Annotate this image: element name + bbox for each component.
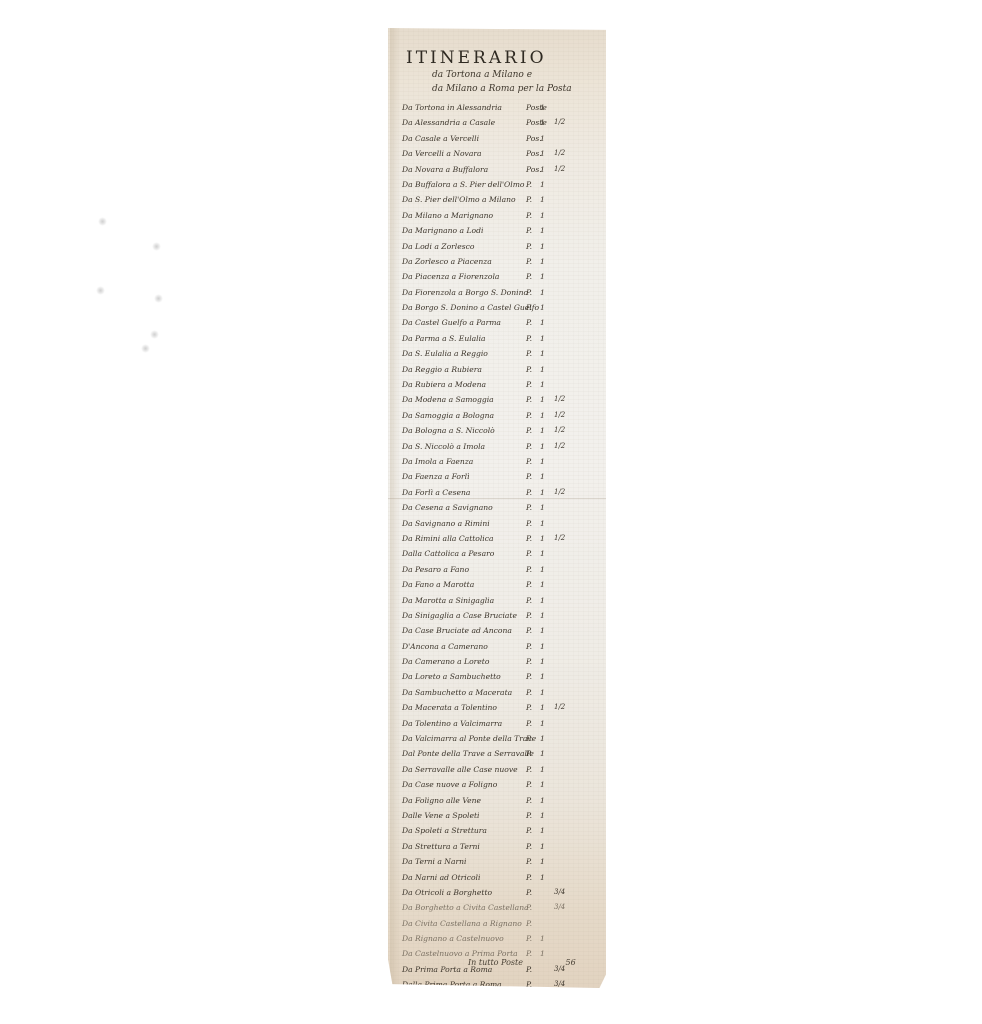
route-label: Da Terni a Narni [402, 854, 466, 869]
route-label: Da Cesena a Savignano [402, 500, 493, 515]
itinerary-row: Da Narni ad OtricoliP.1 [402, 870, 600, 885]
post-count: 1 [540, 577, 545, 592]
post-count: 1 [540, 777, 545, 792]
route-label: Dalle Vene a Spoleti [402, 808, 479, 823]
post-unit: P. [526, 269, 532, 284]
manuscript-sheet: ITINERARIO da Tortona a Milano e da Mila… [388, 28, 606, 988]
itinerary-row: Dalla Prima Porta a RomaP.3/4 [402, 977, 600, 992]
route-label: Da Alessandria a Casale [402, 115, 495, 130]
itinerary-row: Da Otricoli a BorghettoP.3/4 [402, 885, 600, 900]
post-count: 1 [540, 423, 545, 438]
post-unit: P. [526, 639, 532, 654]
itinerary-row: Da Tolentino a ValcimarraP.1 [402, 716, 600, 731]
route-label: Da Civita Castellana a Rignano [402, 916, 522, 931]
route-label: Da S. Pier dell'Olmo a Milano [402, 192, 516, 207]
route-label: Da Novara a Buffalora [402, 162, 488, 177]
post-unit: P. [526, 870, 532, 885]
itinerary-row: Da S. Niccolò a ImolaP.11/2 [402, 439, 600, 454]
post-unit: P. [526, 500, 532, 515]
route-label: Da Sambuchetto a Macerata [402, 685, 512, 700]
route-label: Da Lodi a Zorlesco [402, 239, 474, 254]
route-label: Da Fiorenzola a Borgo S. Donino [402, 285, 528, 300]
post-unit: P. [526, 285, 532, 300]
route-label: Da Camerano a Loreto [402, 654, 489, 669]
post-count: 1 [540, 392, 545, 407]
route-label: Da Serravalle alle Case nuove [402, 762, 518, 777]
post-count: 1 [540, 469, 545, 484]
route-label: Da Milano a Marignano [402, 208, 493, 223]
itinerary-row: Da Marignano a LodiP.1 [402, 223, 600, 238]
itinerary-row: Da Civita Castellana a RignanoP. [402, 916, 600, 931]
itinerary-row: Da Castel Guelfo a ParmaP.1 [402, 315, 600, 330]
itinerary-row: Da Savignano a RiminiP.1 [402, 516, 600, 531]
itinerary-row: Da Loreto a SambuchettoP.1 [402, 669, 600, 684]
post-count: 1 [540, 162, 545, 177]
post-count: 1 [540, 608, 545, 623]
post-unit: P. [526, 346, 532, 361]
post-count: 1 [540, 870, 545, 885]
route-label: Dalla Cattolica a Pesaro [402, 546, 494, 561]
route-label: Da Parma a S. Eulalia [402, 331, 486, 346]
post-count: 1 [540, 346, 545, 361]
post-count: 1 [540, 685, 545, 700]
itinerary-row: Da Forlì a CesenaP.11/2 [402, 485, 600, 500]
itinerary-row: Da Case Bruciate ad AnconaP.1 [402, 623, 600, 638]
post-fraction: 1/2 [554, 439, 565, 454]
itinerary-row: Da Samoggia a BolognaP.11/2 [402, 408, 600, 423]
background-speck [152, 242, 161, 251]
post-unit: P. [526, 423, 532, 438]
background-speck [98, 217, 107, 226]
post-unit: P. [526, 593, 532, 608]
itinerary-row: Dalle Vene a SpoletiP.1 [402, 808, 600, 823]
post-count: 1 [540, 131, 545, 146]
post-unit: P. [526, 823, 532, 838]
post-count: 1 [540, 300, 545, 315]
post-fraction: 1/2 [554, 162, 565, 177]
post-count: 1 [540, 100, 545, 115]
post-unit: P. [526, 223, 532, 238]
route-label: Da Forlì a Cesena [402, 485, 470, 500]
post-unit: P. [526, 977, 532, 992]
post-count: 1 [540, 500, 545, 515]
route-label: Da Modena a Samoggia [402, 392, 494, 407]
background-speck [150, 330, 159, 339]
post-fraction: 1/2 [554, 115, 565, 130]
route-label: Da Tolentino a Valcimarra [402, 716, 502, 731]
post-unit: P. [526, 362, 532, 377]
post-count: 1 [540, 208, 545, 223]
post-count: 1 [540, 839, 545, 854]
route-label: Da Marotta a Sinigaglia [402, 593, 494, 608]
post-unit: P. [526, 654, 532, 669]
route-label: Da Vercelli a Novara [402, 146, 482, 161]
route-label: Da Borghetto a Civita Castellana [402, 900, 529, 915]
itinerary-row: Da Novara a BuffaloraPos.11/2 [402, 162, 600, 177]
post-count: 1 [540, 639, 545, 654]
itinerary-row: Da Borgo S. Donino a Castel GuelfoP.1 [402, 300, 600, 315]
post-count: 1 [540, 331, 545, 346]
post-count: 1 [540, 516, 545, 531]
post-count: 1 [540, 716, 545, 731]
itinerary-row: Da Casale a VercelliPos.1 [402, 131, 600, 146]
post-count: 1 [540, 439, 545, 454]
route-label: Da Rignano a Castelnuovo [402, 931, 504, 946]
itinerary-row: Dal Ponte della Trave a SerravalleP.1 [402, 746, 600, 761]
route-label: Da Castel Guelfo a Parma [402, 315, 501, 330]
post-unit: P. [526, 839, 532, 854]
post-unit: P. [526, 239, 532, 254]
post-count: 1 [540, 746, 545, 761]
itinerary-row: Da Rubiera a ModenaP.1 [402, 377, 600, 392]
document-title: ITINERARIO [406, 48, 547, 68]
post-count: 1 [540, 593, 545, 608]
background-speck [141, 344, 150, 353]
post-unit: P. [526, 485, 532, 500]
paper-edge-shadow [390, 28, 400, 988]
post-unit: P. [526, 685, 532, 700]
itinerary-row: Da Zorlesco a PiacenzaP.1 [402, 254, 600, 269]
itinerary-row: Da Imola a FaenzaP.1 [402, 454, 600, 469]
post-count: 1 [540, 454, 545, 469]
itinerary-row: Da Reggio a RubieraP.1 [402, 362, 600, 377]
itinerary-row: Da Macerata a TolentinoP.11/2 [402, 700, 600, 715]
post-fraction: 1/2 [554, 700, 565, 715]
post-unit: P. [526, 900, 532, 915]
post-count: 1 [540, 762, 545, 777]
itinerary-row: Da Tortona in AlessandriaPoste1 [402, 100, 600, 115]
post-unit: P. [526, 746, 532, 761]
itinerary-row: Da Parma a S. EulaliaP.1 [402, 331, 600, 346]
itinerary-list: Da Tortona in AlessandriaPoste1Da Alessa… [402, 100, 600, 993]
itinerary-row: Da Vercelli a NovaraPos.11/2 [402, 146, 600, 161]
post-unit: P. [526, 562, 532, 577]
post-count: 1 [540, 285, 545, 300]
route-label: Da S. Eulalia a Reggio [402, 346, 488, 361]
itinerary-row: Da Fano a MarottaP.1 [402, 577, 600, 592]
post-count: 1 [540, 531, 545, 546]
itinerary-row: Da Modena a SamoggiaP.11/2 [402, 392, 600, 407]
post-unit: P. [526, 623, 532, 638]
post-unit: P. [526, 931, 532, 946]
post-unit: P. [526, 546, 532, 561]
itinerary-row: Da Cesena a SavignanoP.1 [402, 500, 600, 515]
post-count: 1 [540, 239, 545, 254]
itinerary-row: Da S. Eulalia a ReggioP.1 [402, 346, 600, 361]
route-label: Da Borgo S. Donino a Castel Guelfo [402, 300, 539, 315]
route-label: Da Pesaro a Fano [402, 562, 469, 577]
route-label: Da Case Bruciate ad Ancona [402, 623, 512, 638]
closing-label: In tutto Poste [468, 958, 523, 967]
post-count: 1 [540, 623, 545, 638]
post-count: 1 [540, 269, 545, 284]
route-label: Da Tortona in Alessandria [402, 100, 502, 115]
post-fraction: 3/4 [554, 977, 565, 992]
itinerary-row: Da Bologna a S. NiccolòP.11/2 [402, 423, 600, 438]
route-label: Da Fano a Marotta [402, 577, 474, 592]
post-count: 1 [540, 731, 545, 746]
post-count: 1 [540, 700, 545, 715]
post-unit: P. [526, 854, 532, 869]
post-fraction: 1/2 [554, 146, 565, 161]
itinerary-row: Da Fiorenzola a Borgo S. DoninoP.1 [402, 285, 600, 300]
itinerary-row: Da Spoleti a StretturaP.1 [402, 823, 600, 838]
route-label: Da Valcimarra al Ponte della Trave [402, 731, 536, 746]
route-label: Da Buffalora a S. Pier dell'Olmo [402, 177, 524, 192]
itinerary-row: Da Lodi a ZorlescoP.1 [402, 239, 600, 254]
post-count: 1 [540, 823, 545, 838]
post-unit: P. [526, 177, 532, 192]
post-unit: P. [526, 531, 532, 546]
itinerary-row: Da Sambuchetto a MacerataP.1 [402, 685, 600, 700]
post-count: 1 [540, 808, 545, 823]
itinerary-row: Da Serravalle alle Case nuoveP.1 [402, 762, 600, 777]
route-label: Da Piacenza a Fiorenzola [402, 269, 499, 284]
route-label: Da Zorlesco a Piacenza [402, 254, 492, 269]
itinerary-row: Da Marotta a SinigagliaP.1 [402, 593, 600, 608]
post-fraction: 1/2 [554, 531, 565, 546]
post-unit: P. [526, 392, 532, 407]
route-label: Da Imola a Faenza [402, 454, 473, 469]
post-count: 1 [540, 931, 545, 946]
itinerary-row: Da S. Pier dell'Olmo a MilanoP.1 [402, 192, 600, 207]
post-count: 1 [540, 669, 545, 684]
post-fraction: 3/4 [554, 900, 565, 915]
post-count: 1 [540, 793, 545, 808]
route-label: Da Case nuove a Foligno [402, 777, 497, 792]
route-label: Da Otricoli a Borghetto [402, 885, 492, 900]
post-fraction: 1/2 [554, 408, 565, 423]
route-label: Da Strettura a Terni [402, 839, 480, 854]
post-unit: P. [526, 731, 532, 746]
itinerary-row: Da Rimini alla CattolicaP.11/2 [402, 531, 600, 546]
itinerary-row: Da Alessandria a CasalePoste11/2 [402, 115, 600, 130]
itinerary-row: Da Strettura a TerniP.1 [402, 839, 600, 854]
post-count: 1 [540, 546, 545, 561]
post-unit: P. [526, 377, 532, 392]
route-label: Da Spoleti a Strettura [402, 823, 487, 838]
post-unit: P. [526, 439, 532, 454]
itinerary-row: Da Foligno alle VeneP.1 [402, 793, 600, 808]
itinerary-row: Da Valcimarra al Ponte della TraveP.1 [402, 731, 600, 746]
post-count: 1 [540, 408, 545, 423]
itinerary-row: Da Camerano a LoretoP.1 [402, 654, 600, 669]
itinerary-row: Da Buffalora a S. Pier dell'OlmoP.1 [402, 177, 600, 192]
route-label: Da Bologna a S. Niccolò [402, 423, 495, 438]
background-speck [96, 286, 105, 295]
post-count: 1 [540, 485, 545, 500]
post-unit: P. [526, 454, 532, 469]
post-unit: P. [526, 577, 532, 592]
itinerary-row: Da Milano a MarignanoP.1 [402, 208, 600, 223]
post-unit: P. [526, 777, 532, 792]
post-unit: P. [526, 793, 532, 808]
post-count: 1 [540, 562, 545, 577]
itinerary-row: Da Pesaro a FanoP.1 [402, 562, 600, 577]
post-count: 1 [540, 654, 545, 669]
route-label: D'Ancona a Camerano [402, 639, 488, 654]
itinerary-row: D'Ancona a CameranoP.1 [402, 639, 600, 654]
post-unit: P. [526, 516, 532, 531]
route-label: Da Reggio a Rubiera [402, 362, 482, 377]
post-fraction: 1/2 [554, 485, 565, 500]
route-label: Da Marignano a Lodi [402, 223, 483, 238]
post-count: 1 [540, 146, 545, 161]
background-speck [154, 294, 163, 303]
post-unit: P. [526, 669, 532, 684]
post-count: 1 [540, 177, 545, 192]
itinerary-row: Dalla Cattolica a PesaroP.1 [402, 546, 600, 561]
route-label: Da Faenza a Forlì [402, 469, 470, 484]
route-label: Da Rimini alla Cattolica [402, 531, 494, 546]
post-unit: P. [526, 331, 532, 346]
post-count: 1 [540, 362, 545, 377]
post-fraction: 1/2 [554, 392, 565, 407]
route-label: Da Casale a Vercelli [402, 131, 479, 146]
itinerary-row: Da Case nuove a FolignoP.1 [402, 777, 600, 792]
post-count: 1 [540, 223, 545, 238]
post-unit: P. [526, 192, 532, 207]
route-label: Da Savignano a Rimini [402, 516, 490, 531]
itinerary-row: Da Terni a NarniP.1 [402, 854, 600, 869]
route-label: Da Loreto a Sambuchetto [402, 669, 501, 684]
itinerary-row: Da Sinigaglia a Case BruciateP.1 [402, 608, 600, 623]
post-unit: P. [526, 315, 532, 330]
route-label: Da Sinigaglia a Case Bruciate [402, 608, 517, 623]
itinerary-row: Da Faenza a ForlìP.1 [402, 469, 600, 484]
post-count: 1 [540, 115, 545, 130]
post-unit: P. [526, 300, 532, 315]
post-fraction: 1/2 [554, 423, 565, 438]
route-label: Da Rubiera a Modena [402, 377, 486, 392]
route-label: Da Foligno alle Vene [402, 793, 481, 808]
post-fraction: 3/4 [554, 885, 565, 900]
route-label: Da S. Niccolò a Imola [402, 439, 485, 454]
post-unit: P. [526, 254, 532, 269]
route-label: Da Macerata a Tolentino [402, 700, 497, 715]
route-label: Dalla Prima Porta a Roma [402, 977, 502, 992]
post-unit: P. [526, 700, 532, 715]
post-unit: P. [526, 808, 532, 823]
post-count: 1 [540, 377, 545, 392]
subtitle-line-1: da Tortona a Milano e [432, 70, 532, 80]
total-posts: 56 [566, 958, 576, 967]
post-count: 1 [540, 254, 545, 269]
post-unit: P. [526, 408, 532, 423]
itinerary-row: Da Rignano a CastelnuovoP.1 [402, 931, 600, 946]
itinerary-row: Da Borghetto a Civita CastellanaP.3/4 [402, 900, 600, 915]
post-count: 1 [540, 315, 545, 330]
closing-total: In tutto Poste 56 [468, 958, 576, 967]
post-count: 1 [540, 854, 545, 869]
post-unit: P. [526, 469, 532, 484]
post-unit: P. [526, 885, 532, 900]
post-unit: P. [526, 208, 532, 223]
itinerary-row: Da Piacenza a FiorenzolaP.1 [402, 269, 600, 284]
post-unit: P. [526, 916, 532, 931]
post-unit: P. [526, 762, 532, 777]
post-unit: P. [526, 608, 532, 623]
post-unit: P. [526, 716, 532, 731]
route-label: Da Samoggia a Bologna [402, 408, 494, 423]
post-count: 1 [540, 192, 545, 207]
subtitle-line-2: da Milano a Roma per la Posta [432, 84, 572, 94]
route-label: Da Narni ad Otricoli [402, 870, 480, 885]
route-label: Dal Ponte della Trave a Serravalle [402, 746, 534, 761]
